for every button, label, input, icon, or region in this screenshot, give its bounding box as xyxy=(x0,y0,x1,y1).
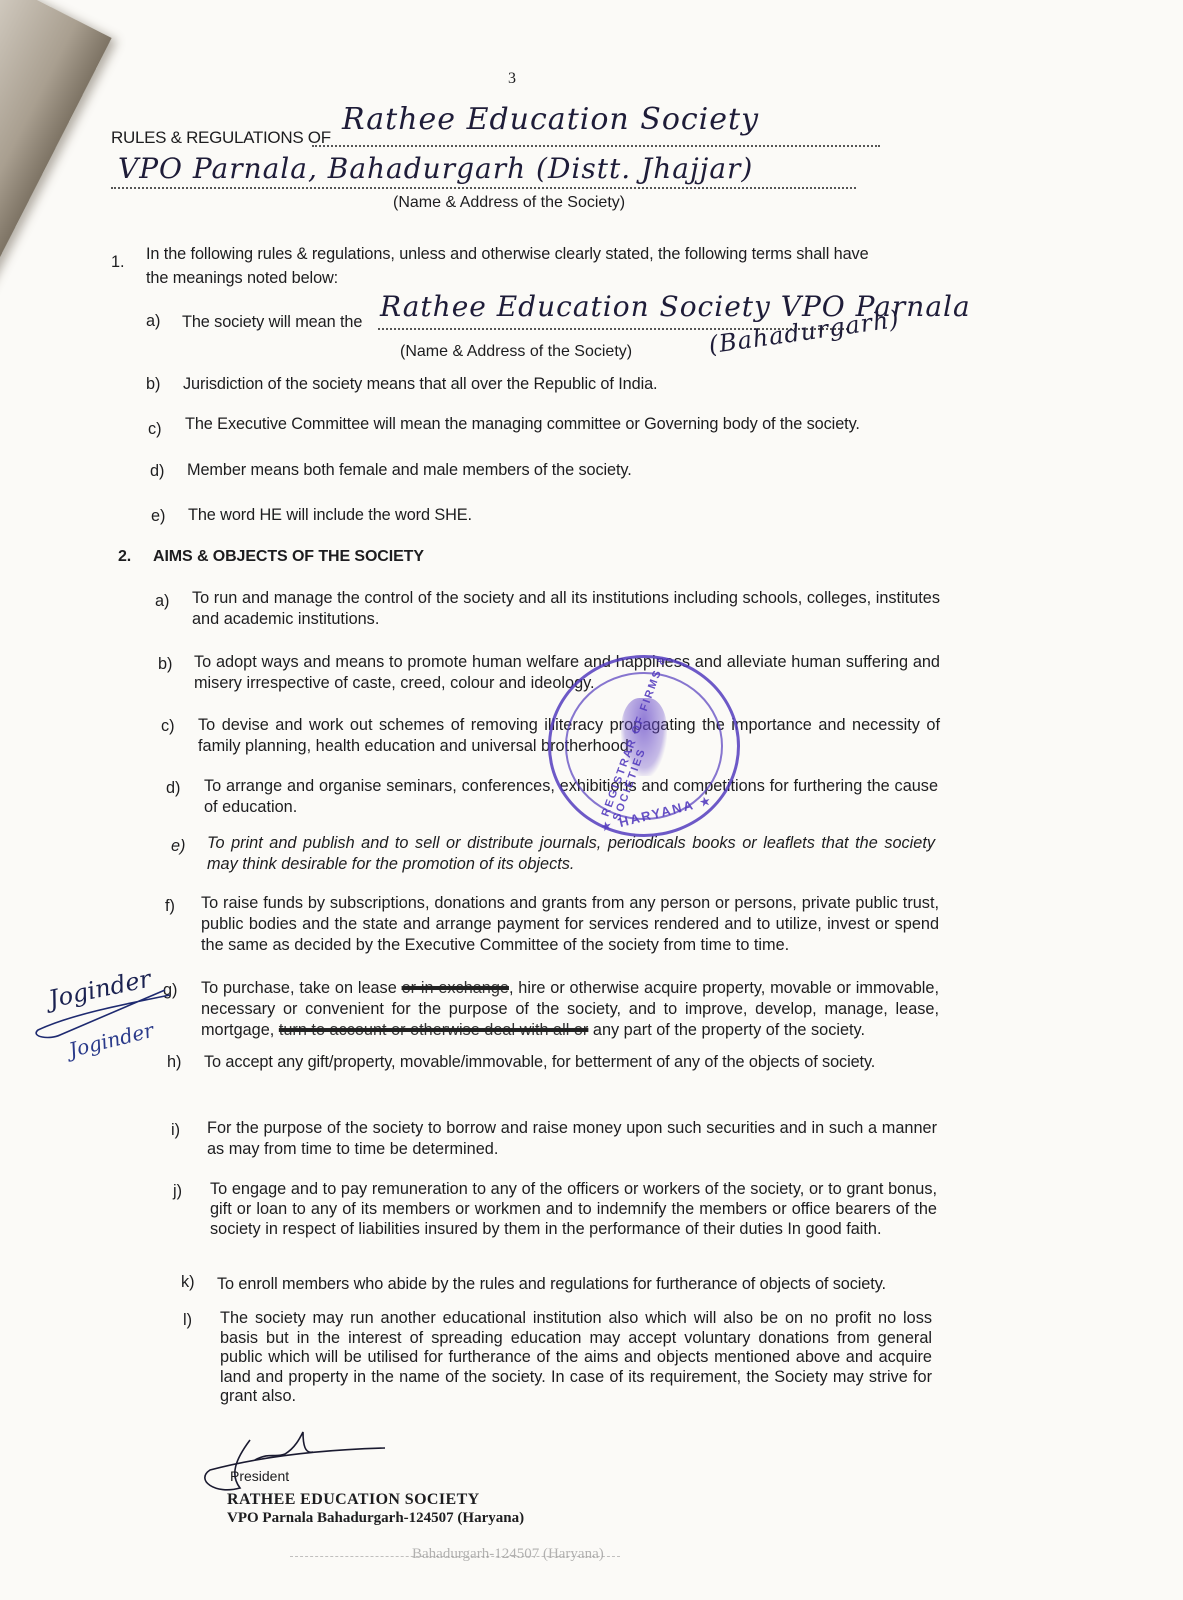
aim-k-label: k) xyxy=(181,1273,195,1292)
def-b-label: b) xyxy=(146,375,160,394)
section1-intro-line2: the meanings noted below: xyxy=(146,268,338,289)
aim-k-text: To enroll members who abide by the rules… xyxy=(217,1274,886,1295)
org-name-stamp: RATHEE EDUCATION SOCIETY xyxy=(227,1491,480,1509)
faded-stamp-repeat: Bahadurgarh-124507 (Haryana) xyxy=(412,1546,604,1563)
section1-intro-line1: In the following rules & regulations, un… xyxy=(146,244,869,265)
aim-e-label: e) xyxy=(171,837,185,856)
def-e-label: e) xyxy=(151,507,165,526)
header-caption: (Name & Address of the Society) xyxy=(393,194,625,212)
def-a-caption: (Name & Address of the Society) xyxy=(400,343,632,361)
def-d-text: Member means both female and male member… xyxy=(187,460,632,481)
aim-b-label: b) xyxy=(158,655,172,674)
section2-number: 2. xyxy=(118,548,131,566)
def-c-label: c) xyxy=(148,420,162,439)
def-a-text: The society will mean the xyxy=(182,312,362,333)
aim-a-text: To run and manage the control of the soc… xyxy=(192,588,940,630)
aim-j-label: j) xyxy=(173,1182,182,1201)
aim-h-text: To accept any gift/property, movable/imm… xyxy=(204,1052,875,1073)
margin-signature-stroke xyxy=(30,985,180,1055)
aim-i-text: For the purpose of the society to borrow… xyxy=(207,1118,937,1160)
aim-l-text: The society may run another educational … xyxy=(220,1309,932,1407)
ashoka-emblem-icon xyxy=(621,698,667,776)
seal-text-top: REGISTRAR OF FIRMS & SOCIETIES xyxy=(600,638,687,823)
aim-f-text: To raise funds by subscriptions, donatio… xyxy=(201,893,939,956)
page-number: 3 xyxy=(508,70,516,88)
def-b-text: Jurisdiction of the society means that a… xyxy=(183,374,657,395)
president-signature-stroke xyxy=(195,1430,395,1500)
org-address-stamp: VPO Parnala Bahadurgarh-124507 (Haryana) xyxy=(227,1510,524,1527)
header-label: RULES & REGULATIONS OF xyxy=(111,128,331,148)
president-title: President xyxy=(230,1468,289,1484)
def-d-label: d) xyxy=(150,462,164,481)
handwritten-society-name: Rathee Education Society xyxy=(342,102,759,137)
faded-stamp-line xyxy=(290,1556,620,1557)
aim-c-label: c) xyxy=(161,717,175,736)
aim-g-text: To purchase, take on lease or in exchang… xyxy=(201,978,939,1041)
aim-h-label: h) xyxy=(167,1053,181,1072)
aim-f-label: f) xyxy=(165,897,175,916)
aim-i-label: i) xyxy=(171,1121,180,1140)
header-dotted-line-1 xyxy=(312,145,880,147)
aim-j-text: To engage and to pay remuneration to any… xyxy=(210,1179,937,1239)
def-e-text: The word HE will include the word SHE. xyxy=(188,505,472,526)
aim-a-label: a) xyxy=(155,592,169,611)
aim-g-struck-text-2: turn to account or otherwise deal with a… xyxy=(279,1021,589,1039)
aim-b-text: To adopt ways and means to promote human… xyxy=(194,652,940,694)
aim-e-text: To print and publish and to sell or dist… xyxy=(207,833,935,875)
handwritten-society-address: VPO Parnala, Bahadurgarh (Distt. Jhajjar… xyxy=(118,152,753,185)
def-a-label: a) xyxy=(146,312,160,331)
header-dotted-line-2 xyxy=(111,187,856,189)
aim-l-label: l) xyxy=(183,1311,192,1330)
aim-d-label: d) xyxy=(166,779,180,798)
aim-g-text-part1: To purchase, take on lease xyxy=(201,979,402,997)
section1-number: 1. xyxy=(111,252,124,273)
document-page: 3 RULES & REGULATIONS OF Rathee Educatio… xyxy=(0,0,1183,1600)
aim-g-text-part3: any part of the property of the society. xyxy=(588,1021,865,1039)
seal-text-bottom: ★ HARYANA ★ xyxy=(599,792,715,835)
def-c-text: The Executive Committee will mean the ma… xyxy=(185,414,860,435)
aim-g-struck-text-1: or in exchange xyxy=(402,979,509,997)
registrar-seal-stamp: REGISTRAR OF FIRMS & SOCIETIES ★ HARYANA… xyxy=(548,655,740,837)
section2-title: AIMS & OBJECTS OF THE SOCIETY xyxy=(153,548,424,566)
